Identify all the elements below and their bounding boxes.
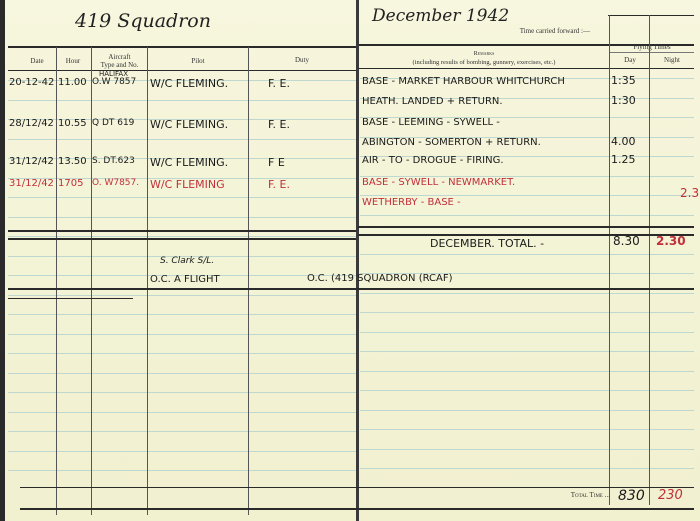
col-date: Date xyxy=(22,57,52,65)
entry-hour: 10.55 xyxy=(58,118,87,129)
col-hour: Hour xyxy=(58,57,88,65)
entry-pilot: W/C FLEMING xyxy=(150,178,225,191)
total-rule-right-1 xyxy=(358,226,694,228)
entry-aircraft: O. W7857. xyxy=(92,178,139,188)
entry-date: 20-12-42 xyxy=(9,77,54,88)
entry-date: 28/12/42 xyxy=(9,118,54,129)
entry-duty: F. E. xyxy=(268,77,290,90)
carried-forward-rule xyxy=(608,15,694,16)
entry-pilot: W/C FLEMING. xyxy=(150,118,228,131)
entry-hour: 1705 xyxy=(58,178,83,189)
page-spine xyxy=(356,0,359,521)
vline-night xyxy=(649,15,650,505)
squadron-title: 419 Squadron xyxy=(75,10,211,32)
col-remarks: Remarks xyxy=(360,51,608,57)
vline-pilot xyxy=(248,47,249,515)
total-time-day: 830 xyxy=(618,488,645,504)
col-day: Day xyxy=(610,56,650,64)
entry-aircraft: Q DT 619 xyxy=(92,118,134,128)
entry-remarks: BASE - MARKET HARBOUR WHITCHURCH xyxy=(362,76,565,87)
entry-hour: 11.00 xyxy=(58,77,87,88)
signature-rule xyxy=(8,288,694,290)
flying-times-rule xyxy=(610,52,694,53)
binding-edge xyxy=(0,0,5,521)
entry-duty: F. E. xyxy=(268,118,290,131)
col-pilot: Pilot xyxy=(148,57,248,65)
total-time-night: 230 xyxy=(658,488,683,503)
entry-day-time: 1:30 xyxy=(611,94,636,107)
entry-aircraft: S. DT.623 xyxy=(92,156,135,166)
entry-date: 31/12/42 xyxy=(9,156,54,167)
month-total-night: 2.30 xyxy=(656,234,686,248)
entry-day-time: 1:35 xyxy=(611,74,636,87)
entry-hour: 13.50 xyxy=(58,156,87,167)
footer-rule-2 xyxy=(20,508,694,510)
time-carried-forward-label: Time carried forward :— xyxy=(490,27,590,35)
footer-rule-1 xyxy=(20,487,694,488)
colhead-rule-right xyxy=(358,68,694,69)
vline-day xyxy=(609,15,610,505)
signature-rule-short xyxy=(8,298,133,299)
entry-remarks: HEATH. LANDED + RETURN. xyxy=(362,96,503,107)
entry-day-time: 4.00 xyxy=(611,135,636,148)
col-aircraft-1: Aircraft xyxy=(92,53,147,61)
colhead-rule-left xyxy=(8,70,356,71)
col-remarks-sub: (including results of bombing, gunnery, … xyxy=(360,59,608,66)
entry-remarks: BASE - LEEMING - SYWELL - xyxy=(362,117,500,128)
entry-remarks: ABINGTON - SOMERTON + RETURN. xyxy=(362,137,541,148)
oc-squadron: O.C. (419 SQUADRON (RCAF) xyxy=(307,273,453,284)
signature: S. Clark S/L. xyxy=(160,256,214,266)
col-duty: Duty xyxy=(248,56,356,64)
entry-remarks: WETHERBY - BASE - xyxy=(362,197,461,208)
total-time-label: Total Time ... xyxy=(520,491,610,499)
entry-remarks: AIR - TO - DROGUE - FIRING. xyxy=(362,155,504,166)
total-rule-right-2 xyxy=(358,234,694,236)
entry-duty: F E xyxy=(268,156,285,169)
entry-duty: F. E. xyxy=(268,178,290,191)
total-rule-left-2 xyxy=(8,238,356,240)
col-flying-times: Flying Times xyxy=(610,43,694,51)
entry-remarks: BASE - SYWELL - NEWMARKET. xyxy=(362,177,515,188)
month-total-label: DECEMBER. TOTAL. - xyxy=(430,237,544,250)
total-rule-left-1 xyxy=(8,230,356,232)
entry-aircraft: O.W 7857 xyxy=(92,77,136,87)
entry-date: 31/12/42 xyxy=(9,178,54,189)
header-rule-left xyxy=(8,46,356,48)
vline-date xyxy=(56,47,57,515)
col-night: Night xyxy=(650,56,694,64)
month-title: December 1942 xyxy=(372,6,509,26)
entry-day-time: 1.25 xyxy=(611,153,636,166)
oc-flight: O.C. A FLIGHT xyxy=(150,274,220,285)
month-total-day: 8.30 xyxy=(613,234,640,248)
vline-aircraft xyxy=(147,47,148,515)
col-aircraft-2: Type and No. xyxy=(92,61,147,69)
entry-pilot: W/C FLEMING. xyxy=(150,156,228,169)
entry-night-time: 2.30 xyxy=(680,186,700,200)
entry-pilot: W/C FLEMING. xyxy=(150,77,228,90)
